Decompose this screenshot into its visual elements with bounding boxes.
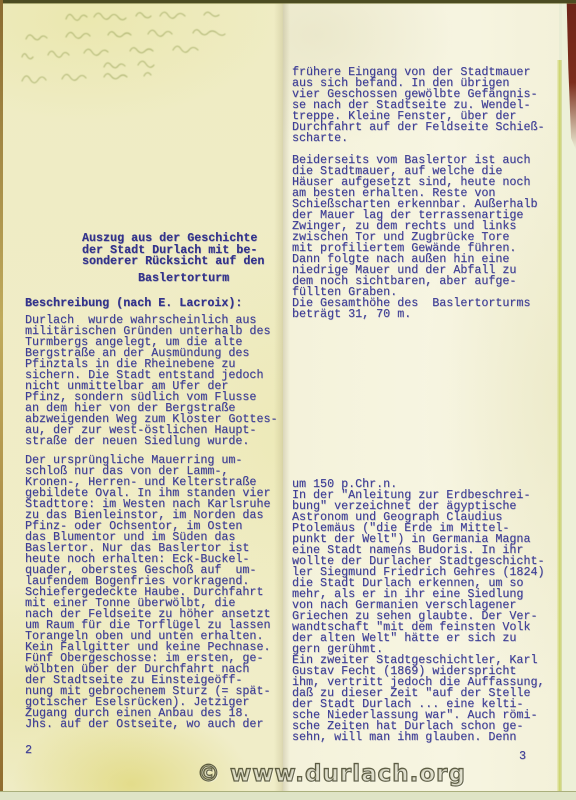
right-paragraph-2: Beiderseits vom Baslertor ist auch die S…: [292, 155, 537, 320]
right-paragraph-1: frühere Eingang von der Stadtmauer aus s…: [292, 67, 545, 144]
page-number-left: 2: [25, 745, 32, 756]
left-paragraph-2: Der ursprüngliche Mauerring um- schloß n…: [25, 455, 270, 730]
watermark: © www.durlach.org: [197, 761, 466, 787]
scanned-book-spread: Auszug aus der Geschichte der Stadt Durl…: [0, 0, 576, 800]
scan-left-edge: [0, 0, 3, 800]
article-title: Auszug aus der Geschichte der Stadt Durl…: [82, 233, 264, 268]
section-heading: Beschreibung (nach E. Lacroix):: [25, 298, 242, 309]
scan-top-edge-shadow: [0, 3, 576, 4]
page-number-right: 3: [519, 751, 526, 762]
article-subtitle: Baslertorturm: [138, 273, 229, 284]
scan-bottom-margin: [0, 791, 576, 800]
handwritten-annotation: [8, 5, 246, 100]
page-outer-edge: [557, 60, 562, 792]
right-paragraph-3: um 150 p.Chr.n. In der "Anleitung zur Er…: [292, 479, 545, 743]
left-paragraph-1: Durlach wurde wahrscheinlich aus militär…: [25, 315, 278, 447]
